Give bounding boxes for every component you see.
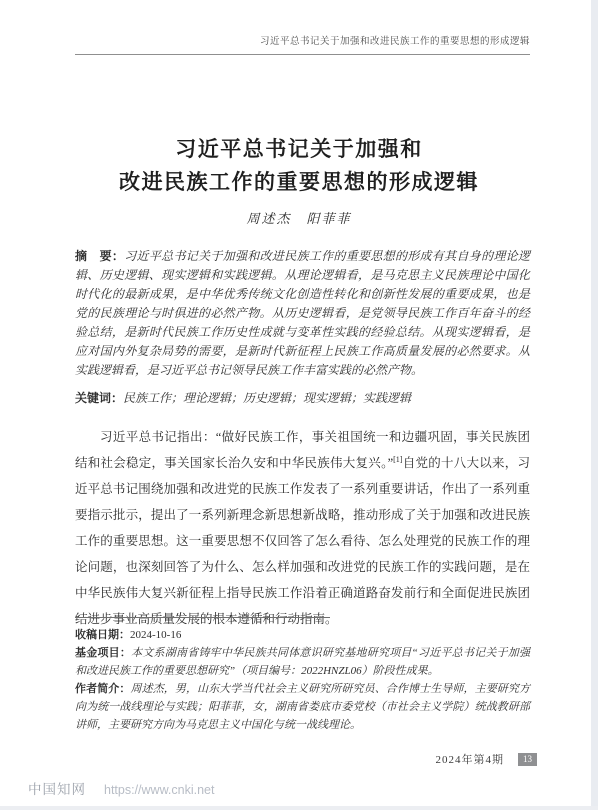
abstract-label: 摘 要：	[75, 249, 124, 263]
abstract-paragraph: 摘 要：习近平总书记关于加强和改进民族工作的重要思想的形成有其自身的理论逻辑、历…	[75, 247, 530, 380]
body-paragraph: 习近平总书记指出：“做好民族工作，事关祖国统一和边疆巩固，事关民族团结和社会稳定…	[75, 424, 530, 632]
keywords-label: 关键词：	[75, 391, 123, 405]
journal-issue: 2024年第4期	[436, 751, 505, 767]
fund-project-label: 基金项目：	[75, 647, 131, 659]
footnote-section: 收稿日期：2024-10-16 基金项目：本文系湖南省铸牢中华民族共同体意识研究…	[75, 626, 530, 734]
journal-footer: 2024年第4期 13	[75, 751, 537, 767]
article-title-line1: 习近平总书记关于加强和	[45, 133, 553, 166]
article-title: 习近平总书记关于加强和 改进民族工作的重要思想的形成逻辑	[45, 133, 553, 199]
footnote-author-bio: 作者简介：周述杰，男，山东大学当代社会主义研究所研究员、合作博士生导师，主要研究…	[75, 680, 530, 734]
keywords-text: 民族工作；理论逻辑；历史逻辑；现实逻辑；实践逻辑	[123, 391, 411, 405]
cnki-url-text: https://www.cnki.net	[104, 783, 214, 797]
author-bio-label: 作者简介：	[75, 683, 131, 695]
abstract-text: 习近平总书记关于加强和改进民族工作的重要思想的形成有其自身的理论逻辑、历史逻辑、…	[75, 249, 530, 377]
abstract-section: 摘 要：习近平总书记关于加强和改进民族工作的重要思想的形成有其自身的理论逻辑、历…	[75, 247, 530, 408]
footnote-divider	[75, 617, 330, 618]
cnki-brand-text: 中国知网	[28, 778, 86, 798]
received-date-value: 2024-10-16	[130, 629, 181, 641]
scan-edge-bottom	[0, 806, 598, 810]
running-head: 习近平总书记关于加强和改进民族工作的重要思想的形成逻辑	[75, 33, 530, 55]
fund-project-text: 本文系湖南省铸牢中华民族共同体意识研究基地研究项目“习近平总书记关于加强和改进民…	[75, 647, 530, 677]
received-date-label: 收稿日期：	[75, 629, 130, 641]
body-text-after-reference: 自党的十八大以来，习近平总书记围绕加强和改进党的民族工作发表了一系列重要讲话，作…	[75, 456, 530, 626]
article-authors: 周述杰 阳菲菲	[45, 208, 553, 227]
journal-page: 习近平总书记关于加强和改进民族工作的重要思想的形成逻辑 习近平总书记关于加强和 …	[0, 0, 598, 810]
footnote-fund-project: 基金项目：本文系湖南省铸牢中华民族共同体意识研究基地研究项目“习近平总书记关于加…	[75, 644, 530, 680]
page-number-badge: 13	[518, 753, 537, 766]
article-title-line2: 改进民族工作的重要思想的形成逻辑	[45, 166, 553, 199]
author-bio-text: 周述杰，男，山东大学当代社会主义研究所研究员、合作博士生导师，主要研究方向为统一…	[75, 683, 530, 731]
scan-edge-right	[591, 0, 598, 810]
footnote-received-date: 收稿日期：2024-10-16	[75, 626, 530, 644]
cnki-watermark: 中国知网 https://www.cnki.net	[28, 778, 214, 798]
running-head-title: 习近平总书记关于加强和改进民族工作的重要思想的形成逻辑	[260, 37, 530, 47]
keywords-line: 关键词：民族工作；理论逻辑；历史逻辑；现实逻辑；实践逻辑	[75, 389, 530, 408]
